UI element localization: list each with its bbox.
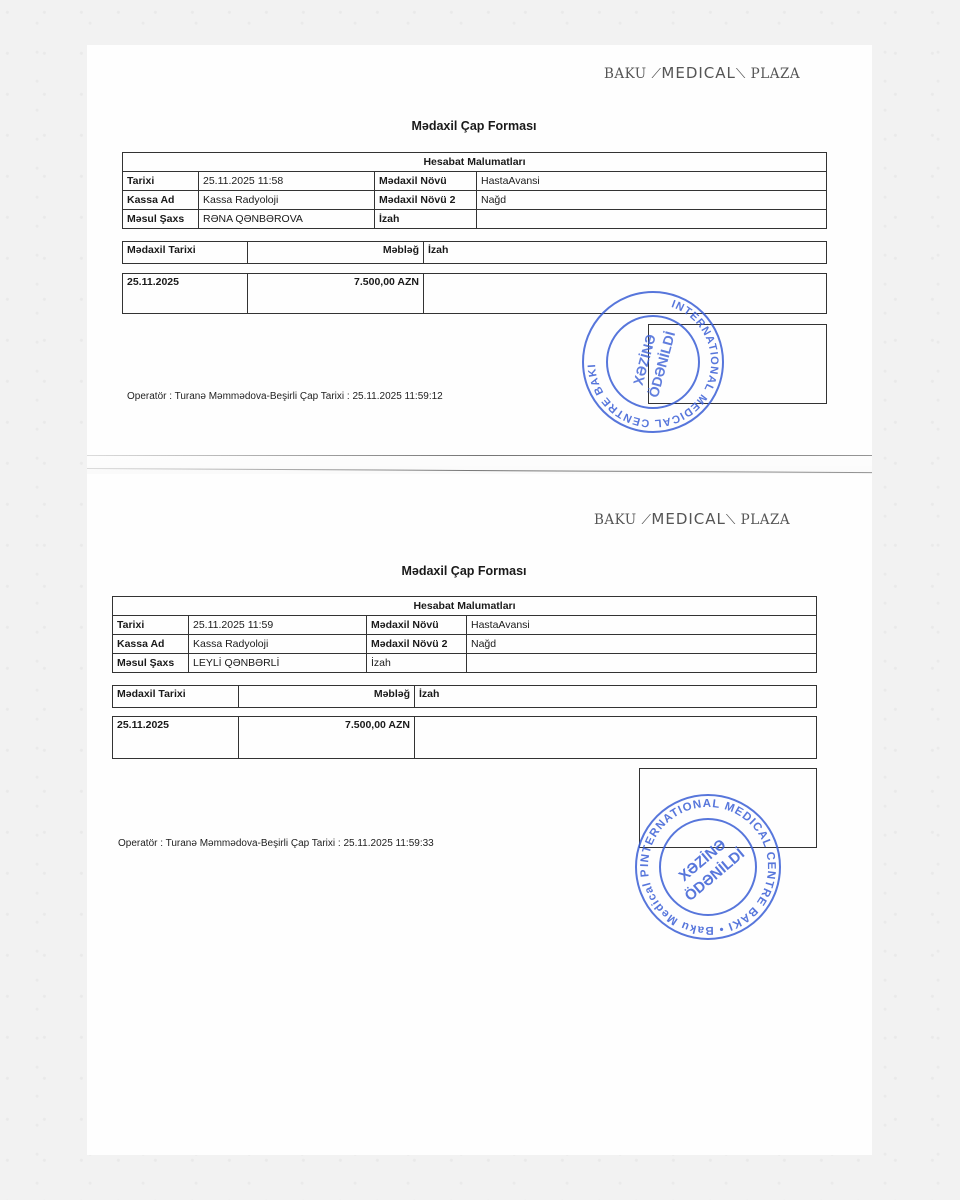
logo-swoosh-left-icon: ⟋ [651,66,661,82]
table-row: Tarixi 25.11.2025 11:59 Mədaxil Növü Has… [113,616,817,635]
detail-header-row: Mədaxil Tarixi Məbləğ İzah [122,241,827,264]
table-row: Kassa Ad Kassa Radyoloji Mədaxil Növü 2 … [113,635,817,654]
label-note: İzah [375,210,477,229]
table-row: Tarixi 25.11.2025 11:58 Mədaxil Növü Has… [123,172,827,191]
logo-mid-text: MEDICAL [661,64,736,82]
label-responsible: Məsul Şaxs [113,654,189,673]
signature-box [648,324,827,404]
value-note [467,654,817,673]
table-row: Kassa Ad Kassa Radyoloji Mədaxil Növü 2 … [123,191,827,210]
value-cashbox: Kassa Radyoloji [199,191,375,210]
info-table-header: Hesabat Malumatları [123,153,827,172]
value-responsible: RƏNA QƏNBƏROVA [199,210,375,229]
value-income-type: HastaAvansi [477,172,827,191]
value-responsible: LEYLİ QƏNBƏRLİ [189,654,367,673]
operator-footer: Operatör : Turanə Məmmədova-Beşirli Çap … [127,391,443,402]
label-income-type-2: Mədaxil Növü 2 [375,191,477,210]
label-date: Tarixi [113,616,189,635]
detail-data-row-2: 25.11.2025 7.500,00 AZN [112,716,817,759]
value-income-type-2: Nağd [477,191,827,210]
detail-header-row-2: Mədaxil Tarixi Məbləğ İzah [112,685,817,708]
header-amount: Məbləğ [248,242,424,263]
logo-swoosh-left-icon: ⟋ [641,512,651,528]
info-table-header: Hesabat Malumatları [113,597,817,616]
value-income-type-2: Nağd [467,635,817,654]
cell-note [415,717,816,758]
info-table: Hesabat Malumatları Tarixi 25.11.2025 11… [122,152,827,229]
logo-mid-text: MEDICAL [651,510,726,528]
logo-left-text: BAKU [594,512,637,528]
header-note: İzah [415,686,816,707]
header-income-date: Mədaxil Tarixi [123,242,248,263]
header-note: İzah [424,242,826,263]
info-table-2: Hesabat Malumatları Tarixi 25.11.2025 11… [112,596,817,673]
table-row: Məsul Şaxs RƏNA QƏNBƏROVA İzah [123,210,827,229]
baku-medical-plaza-logo-2: BAKU ⟋MEDICAL⟍ PLAZA [594,510,790,528]
table-row: Məsul Şaxs LEYLİ QƏNBƏRLİ İzah [113,654,817,673]
logo-swoosh-right-icon: ⟍ [736,66,746,82]
cell-income-date: 25.11.2025 [113,717,239,758]
label-income-type: Mədaxil Növü [375,172,477,191]
cell-income-date: 25.11.2025 [123,274,248,313]
page-title: Mədaxil Çap Forması [122,119,826,133]
cell-note [424,274,826,313]
value-cashbox: Kassa Radyoloji [189,635,367,654]
baku-medical-plaza-logo: BAKU ⟋MEDICAL⟍ PLAZA [604,64,800,82]
label-cashbox: Kassa Ad [123,191,199,210]
label-cashbox: Kassa Ad [113,635,189,654]
label-responsible: Məsul Şaxs [123,210,199,229]
page-title-2: Mədaxil Çap Forması [112,564,816,578]
logo-right-text: PLAZA [741,512,790,528]
label-income-type-2: Mədaxil Növü 2 [367,635,467,654]
label-date: Tarixi [123,172,199,191]
value-date: 25.11.2025 11:59 [189,616,367,635]
header-income-date: Mədaxil Tarixi [113,686,239,707]
cell-amount: 7.500,00 AZN [248,274,424,313]
signature-box-2 [639,768,817,848]
value-income-type: HastaAvansi [467,616,817,635]
tear-line [87,455,872,456]
logo-left-text: BAKU [604,66,647,82]
label-note: İzah [367,654,467,673]
logo-swoosh-right-icon: ⟍ [726,512,736,528]
value-date: 25.11.2025 11:58 [199,172,375,191]
detail-data-row: 25.11.2025 7.500,00 AZN [122,273,827,314]
value-note [477,210,827,229]
cell-amount: 7.500,00 AZN [239,717,415,758]
logo-right-text: PLAZA [751,66,800,82]
header-amount: Məbləğ [239,686,415,707]
operator-footer-2: Operatör : Turanə Məmmədova-Beşirli Çap … [118,838,434,849]
label-income-type: Mədaxil Növü [367,616,467,635]
